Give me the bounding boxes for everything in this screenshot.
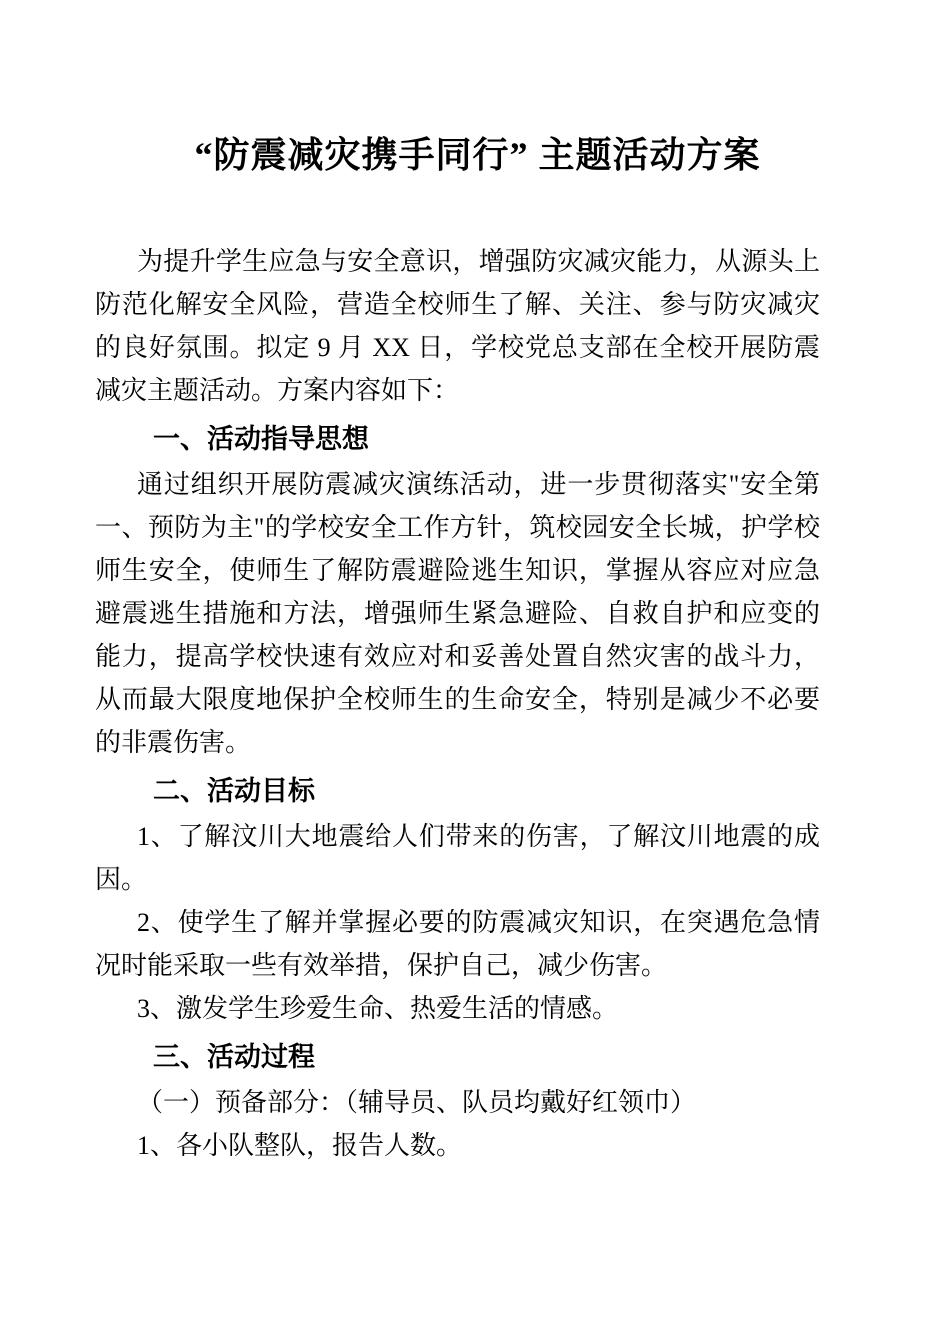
goal-item-3: 3、激发学生珍爱生命、热爱生活的情感。 xyxy=(95,987,820,1030)
process-step-1: 1、各小队整队，报告人数。 xyxy=(95,1124,820,1167)
section-process: 三、活动过程 （一）预备部分：（辅导员、队员均戴好红领巾） 1、各小队整队，报告… xyxy=(95,1036,820,1167)
process-subheading: （一）预备部分：（辅导员、队员均戴好红领巾） xyxy=(95,1081,820,1124)
section-heading-goals: 二、活动目标 xyxy=(95,770,820,813)
page-title: “防震减灾携手同行” 主题活动方案 xyxy=(115,130,840,180)
section-goals: 二、活动目标 1、了解汶川大地震给人们带来的伤害，了解汶川地震的成因。 2、使学… xyxy=(95,770,820,1030)
section-guiding-ideology: 一、活动指导思想 通过组织开展防震减灾演练活动，进一步贯彻落实"安全第一、预防为… xyxy=(95,418,820,764)
intro-paragraph: 为提升学生应急与安全意识，增强防灾减灾能力，从源头上防范化解安全风险，营造全校师… xyxy=(95,240,820,412)
goal-item-2: 2、使学生了解并掌握必要的防震减灾知识，在突遇危急情况时能采取一些有效举措，保护… xyxy=(95,901,820,987)
goal-item-1: 1、了解汶川大地震给人们带来的伤害，了解汶川地震的成因。 xyxy=(95,815,820,901)
document-page: “防震减灾携手同行” 主题活动方案 为提升学生应急与安全意识，增强防灾减灾能力，… xyxy=(0,0,950,1344)
section-heading-process: 三、活动过程 xyxy=(95,1036,820,1079)
section-heading-guiding-ideology: 一、活动指导思想 xyxy=(95,418,820,461)
section-paragraph: 通过组织开展防震减灾演练活动，进一步贯彻落实"安全第一、预防为主"的学校安全工作… xyxy=(95,463,820,764)
